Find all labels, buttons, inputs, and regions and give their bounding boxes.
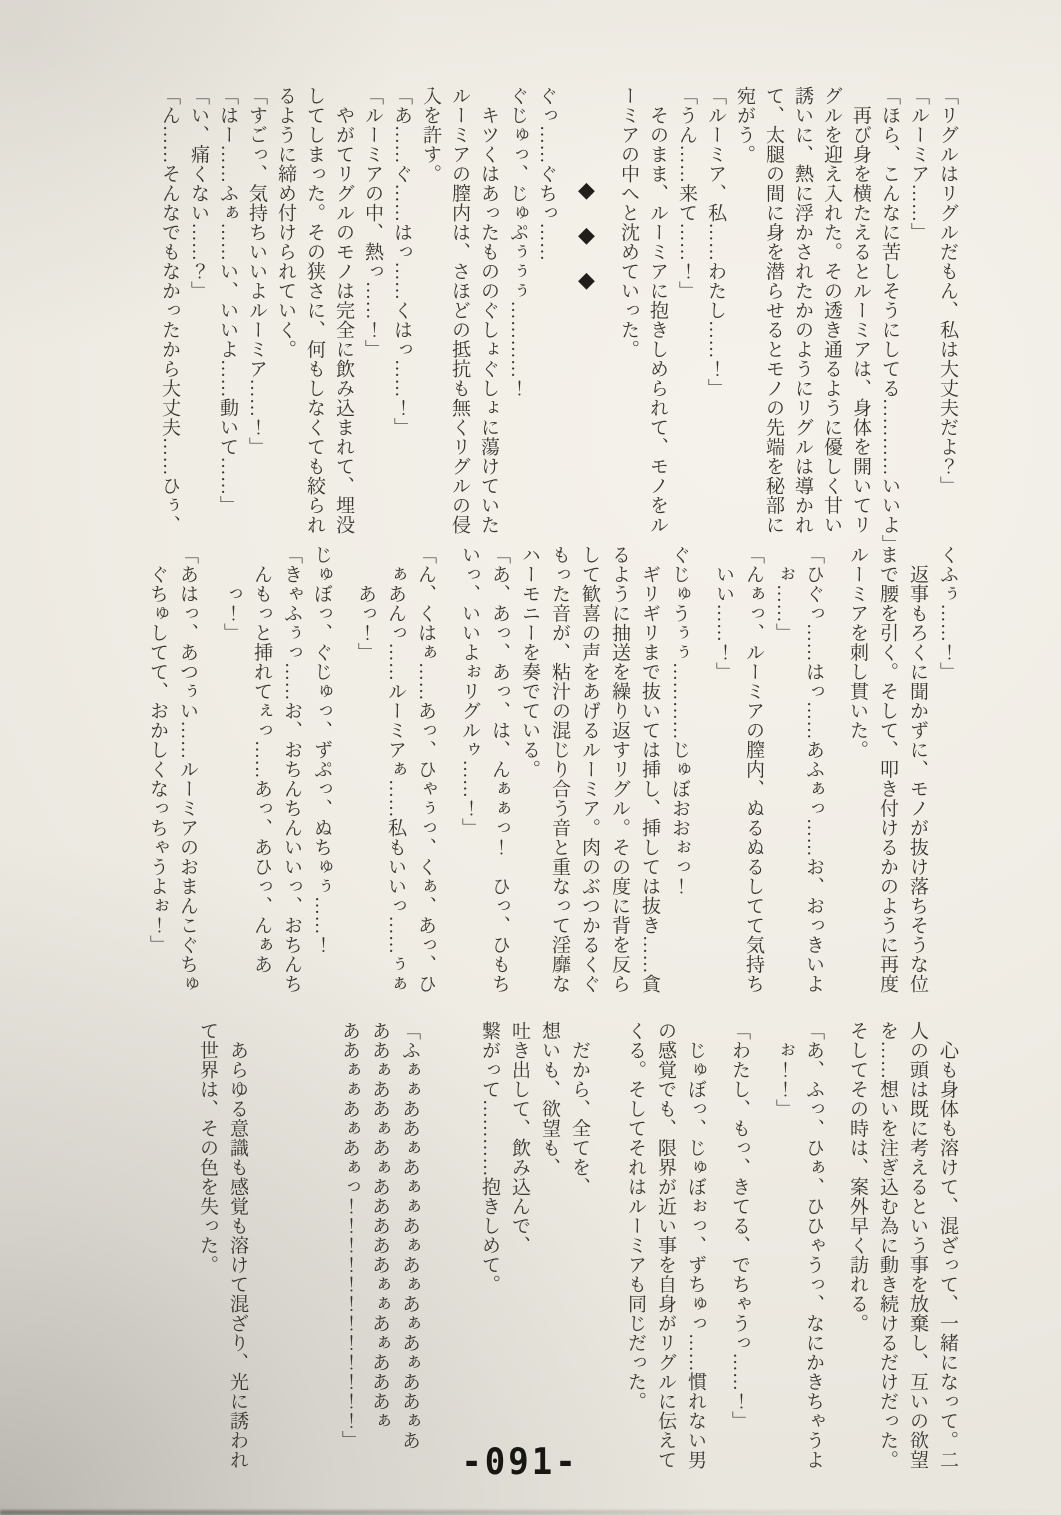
text-line: じゅぼっ、じゅぼぉっ、ずちゅっ……慣れない男 — [680, 1021, 710, 1473]
text-line: ーミアの中へと沈めていった。 — [614, 86, 643, 538]
text-line: グルを迎え入れた。その透き通るように優しく甘い — [817, 86, 846, 538]
text-line: ぉ！！」 — [768, 1021, 798, 1473]
text-line: 「あ、あっ、あっ、は、んぁぁっ！ ひっ、ひもち — [484, 545, 514, 1015]
text-line: 「わたし、もっ、きてる、でちゃうっ……！」 — [724, 1021, 754, 1473]
text-line: 誘いに、熱に浮かされたかのようにリグルは導かれ — [788, 86, 817, 538]
text-line: 人の頭は既に考えるという事を放棄し、互いの欲望 — [902, 1021, 932, 1473]
text-line: 「うん……来て……！」 — [672, 86, 701, 538]
text-line: 「ルーミア……」 — [904, 86, 933, 538]
text-line: 「んぁっ、ルーミアの膣内、ぬるぬるしてて気持ち — [738, 545, 768, 1015]
text-line: いっ、いいよぉリグルゥ……！」 — [454, 545, 484, 1015]
text-block-bottom: 心も身体も溶けて、混ざって、一緒になって。二人の頭は既に考えるという事を放棄し、… — [192, 1021, 962, 1473]
section-separator: ◆◆◆ — [573, 86, 602, 538]
text-line: して歓喜の声をあげるルーミア。肉のぶつかるくぐ — [574, 545, 604, 1015]
text-line: 「い、痛くない……？」 — [184, 86, 213, 538]
text-line: 「ほら、こんなに苦しそうにしてる…………いいよ」 — [875, 86, 904, 538]
text-line: の感覚でも、限界が近い事を自身がリグルに伝えて — [650, 1021, 680, 1473]
text-line: あらゆる意識も感覚も溶けて混ざり、光に誘われ — [222, 1021, 252, 1473]
text-line: ぐじゅっ、じゅぷぅぅぅ…………！ — [503, 86, 532, 538]
text-line: そのまま、ルーミアに抱きしめられて、モノをル — [643, 86, 672, 538]
text-line: ぐっ……ぐちっ…… — [532, 86, 561, 538]
text-line: もった音が、粘汁の混じり合う音と重なって淫靡な — [544, 545, 574, 1015]
text-line: るように締め付けられていく。 — [271, 86, 300, 538]
text-line: を……想いを注ぎ込む為に動き続けるだけだった。 — [872, 1021, 902, 1473]
text-line: まで腰を引く。そして、叩き付けるかのように再度 — [872, 545, 902, 1015]
text-line: 「ひぐっ……はっ……あふぁっ……お、おっきいよ — [798, 545, 828, 1015]
text-line: 返事もろくに聞かずに、モノが抜け落ちそうな位 — [902, 545, 932, 1015]
text-line: 「ん、くはぁ……あっ、ひゃぅっ、くぁ、あっ、ひ — [410, 545, 440, 1015]
text-line: ぐちゅしてて、おかしくなっちゃうよぉ！」 — [142, 545, 172, 1015]
text-line: 宛がう。 — [730, 86, 759, 538]
text-line: 「はー……ふぁ……い、いいよ……動いて……」 — [213, 86, 242, 538]
text-block-middle: くふぅ……！」 返事もろくに聞かずに、モノが抜け落ちそうな位まで腰を引く。そして… — [142, 545, 962, 1015]
text-line: キツくはあったもののぐしょぐしょに蕩けていた — [474, 86, 503, 538]
text-line: ルーミアを刺し貫いた。 — [842, 545, 872, 1015]
scan-edge-shadow — [0, 1510, 1061, 1515]
text-line: 入を許す。 — [416, 86, 445, 538]
text-line: ルーミアの膣内は、さほどの抵抗も無くリグルの侵 — [445, 86, 474, 538]
text-line: ああぁぁあぁあぁっ！！！！！！！！！！！！」 — [334, 1021, 364, 1473]
text-line: 「ルーミアの中、熱っ……！」 — [358, 86, 387, 538]
text-line: 「きゃふぅっ……お、おちんちんいいっ、おちんち — [276, 545, 306, 1015]
text-line: じゅぼっ、ぐじゅっ、ずぷっ、ぬちゅぅ……！ — [306, 545, 336, 1015]
text-line: そしてその時は、案外早く訪れる。 — [842, 1021, 872, 1473]
text-line: 心も身体も溶けて、混ざって、一緒になって。二 — [932, 1021, 962, 1473]
text-line: ギリギリまで抜いては挿し、挿しては抜き……貪 — [634, 545, 664, 1015]
text-line: やがてリグルのモノは完全に飲み込まれて、埋没 — [329, 86, 358, 538]
scanned-doujin-text-page: 「リグルはリグルだもん、私は大丈夫だよ？」「ルーミア……」「ほら、こんなに苦しそ… — [0, 0, 1061, 1515]
text-line: るように抽送を繰り返すリグル。その度に背を反ら — [604, 545, 634, 1015]
text-line: ぉ……」 — [768, 545, 798, 1015]
text-line: 「ふぁぁああぁあぁぁあぁあぁあぁあぁああぁあ — [394, 1021, 424, 1473]
text-line: っ！」 — [216, 545, 246, 1015]
text-line: 吐き出して、飲み込んで、 — [504, 1021, 534, 1473]
page-number: -091- — [461, 1440, 578, 1483]
text-line: 「ルーミア、私……わたし……！」 — [701, 86, 730, 538]
text-line: 想いも、欲望も、 — [534, 1021, 564, 1473]
text-line: ぁあんっ……ルーミアぁ……私もいいっ……ぅぁ — [380, 545, 410, 1015]
text-block-top: 「リグルはリグルだもん、私は大丈夫だよ？」「ルーミア……」「ほら、こんなに苦しそ… — [155, 86, 962, 538]
text-line: くる。そしてそれはルーミアも同じだった。 — [620, 1021, 650, 1473]
text-line: て、太腿の間に身を潜らせるとモノの先端を秘部に — [759, 86, 788, 538]
text-line: て世界は、その色を失った。 — [192, 1021, 222, 1473]
text-line: だから、全てを、 — [564, 1021, 594, 1473]
text-line: 「あ……ぐ……はっ……くはっ……！」 — [387, 86, 416, 538]
text-line: んもっと挿れてぇっ……あっ、あひっ、んぁあ — [246, 545, 276, 1015]
text-line: ハーモニーを奏でている。 — [514, 545, 544, 1015]
text-line: 「ん……そんなでもなかったから大丈夫……ひぅ、 — [155, 86, 184, 538]
text-line: 「リグルはリグルだもん、私は大丈夫だよ？」 — [933, 86, 962, 538]
text-line: してしまった。その狭さに、何もしなくても絞られ — [300, 86, 329, 538]
text-line: 「すごっ、気持ちいいよルーミア……！」 — [242, 86, 271, 538]
text-line: くふぅ……！」 — [932, 545, 962, 1015]
text-line: 「あ、ふっ、ひぁ、ひひゃうっ、なにかきちゃうよ — [798, 1021, 828, 1473]
text-line: 繋がって…………抱きしめて。 — [474, 1021, 504, 1473]
text-line: ああぁああぁあぁあああああぁぁあぁあああぁ — [364, 1021, 394, 1473]
text-line: 再び身を横たえるとルーミアは、身体を開いてリ — [846, 86, 875, 538]
text-line: ぐじゅうぅぅ…………じゅぼおおぉっ！ — [664, 545, 694, 1015]
text-line: いい……！」 — [708, 545, 738, 1015]
text-line: 「あはっ、あつぅい……ルーミアのおまんこぐちゅ — [172, 545, 202, 1015]
text-line: あっ！」 — [350, 545, 380, 1015]
